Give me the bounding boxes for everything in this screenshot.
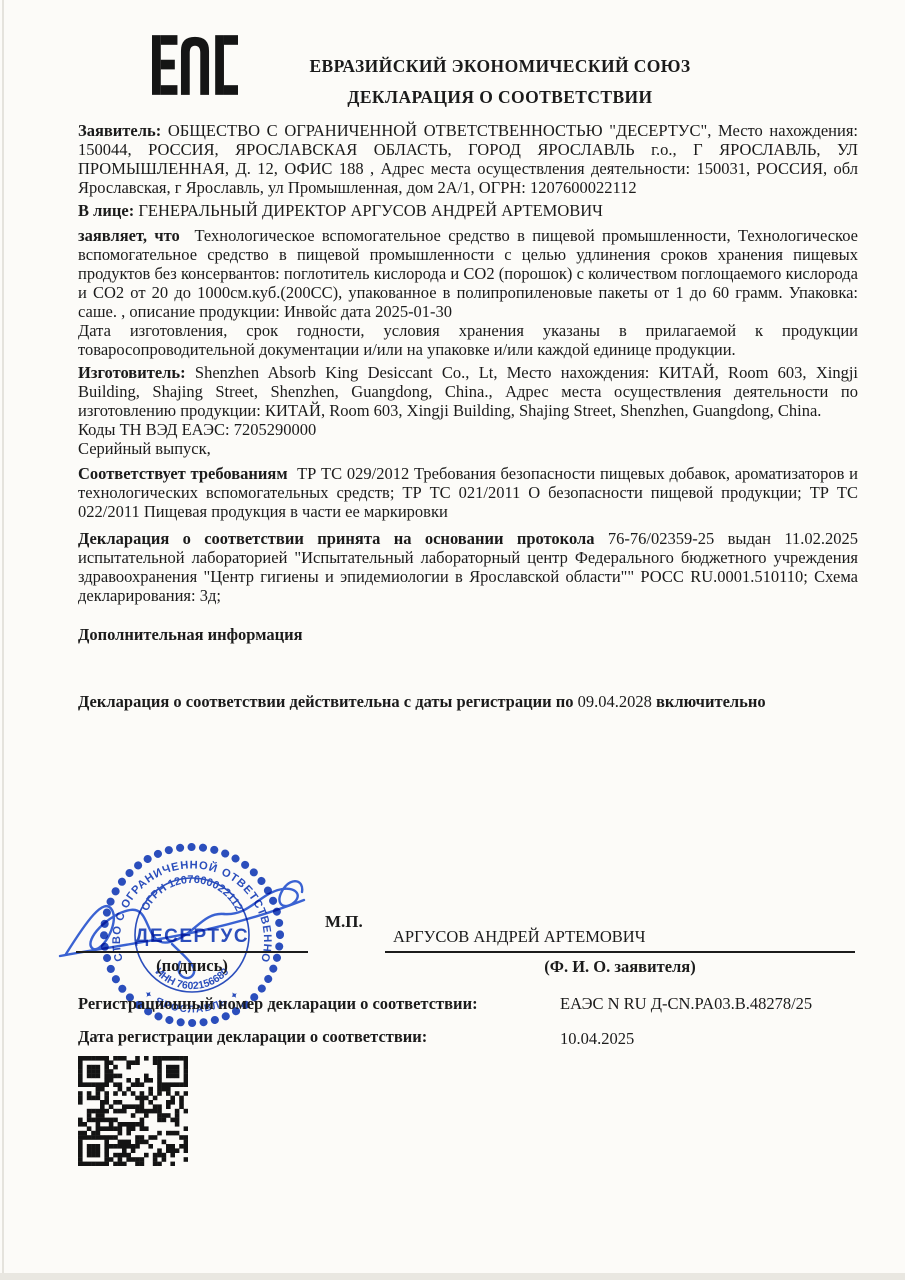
header-union: ЕВРАЗИЙСКИЙ ЭКОНОМИЧЕСКИЙ СОЮЗ xyxy=(140,56,860,77)
declares-label: заявляет, что xyxy=(78,226,180,245)
applicant-paragraph: Заявитель: ОБЩЕСТВО С ОГРАНИЧЕННОЙ ОТВЕТ… xyxy=(78,121,858,197)
validity-suffix: включительно xyxy=(656,692,766,711)
page-title: ДЕКЛАРАЦИЯ О СООТВЕТСТВИИ xyxy=(140,87,860,108)
handwritten-signature xyxy=(52,852,352,1007)
qr-code xyxy=(78,1056,188,1166)
applicant-label: Заявитель: xyxy=(78,121,161,140)
signature-icon xyxy=(52,852,352,1007)
representative-label: В лице: xyxy=(78,201,134,220)
declaration-document: ЕВРАЗИЙСКИЙ ЭКОНОМИЧЕСКИЙ СОЮЗ ДЕКЛАРАЦИ… xyxy=(0,0,905,1280)
signature-line xyxy=(76,951,308,953)
manufacturer-text: Shenzhen Absorb King Desiccant Co., Lt, … xyxy=(78,363,858,420)
basis-paragraph: Декларация о соответствии принята на осн… xyxy=(78,529,858,605)
representative-line: В лице: ГЕНЕРАЛЬНЫЙ ДИРЕКТОР АРГУСОВ АНД… xyxy=(78,201,858,220)
tnved-codes: Коды ТН ВЭД ЕАЭС: 7205290000 xyxy=(78,420,858,439)
additional-info-heading: Дополнительная информация xyxy=(78,625,858,644)
compliance-paragraph: Соответствует требованиям ТР ТС 029/2012… xyxy=(78,464,858,521)
product-description: Технологическое вспомогательное средство… xyxy=(78,226,858,321)
fullname-line xyxy=(385,951,855,953)
validity-date: 09.04.2028 xyxy=(578,692,652,711)
document-body: Заявитель: ОБЩЕСТВО С ОГРАНИЧЕННОЙ ОТВЕТ… xyxy=(78,121,858,711)
stamp-place-label: М.П. xyxy=(325,912,363,932)
validity-line: Декларация о соответствии действительна … xyxy=(78,692,858,711)
serial-issue: Серийный выпуск, xyxy=(78,439,858,458)
compliance-label: Соответствует требованиям xyxy=(78,464,288,483)
declares-paragraph: заявляет, что Технологическое вспомогате… xyxy=(78,226,858,321)
validity-prefix: Декларация о соответствии действительна … xyxy=(78,692,574,711)
manufacture-note: Дата изготовления, срок годности, услови… xyxy=(78,321,858,359)
basis-label: Декларация о соответствии принята на осн… xyxy=(78,529,595,548)
signature-caption: (подпись) xyxy=(76,956,308,976)
manufacturer-paragraph: Изготовитель: Shenzhen Absorb King Desic… xyxy=(78,363,858,420)
representative-text: ГЕНЕРАЛЬНЫЙ ДИРЕКТОР АРГУСОВ АНДРЕЙ АРТЕ… xyxy=(138,201,603,220)
registration-date-value: 10.04.2025 xyxy=(560,1029,634,1049)
fullname-caption: (Ф. И. О. заявителя) xyxy=(385,957,855,977)
applicant-text: ОБЩЕСТВО С ОГРАНИЧЕННОЙ ОТВЕТСТВЕННОСТЬЮ… xyxy=(78,121,858,197)
applicant-fullname: АРГУСОВ АНДРЕЙ АРТЕМОВИЧ xyxy=(393,927,645,947)
registration-number-value: ЕАЭС N RU Д-CN.PA03.B.48278/25 xyxy=(560,994,812,1014)
manufacturer-label: Изготовитель: xyxy=(78,363,186,382)
registration-date-label: Дата регистрации декларации о соответств… xyxy=(78,1027,427,1047)
qr-code-icon xyxy=(78,1056,188,1166)
registration-number-label: Регистрационный номер декларации о соотв… xyxy=(78,994,478,1014)
